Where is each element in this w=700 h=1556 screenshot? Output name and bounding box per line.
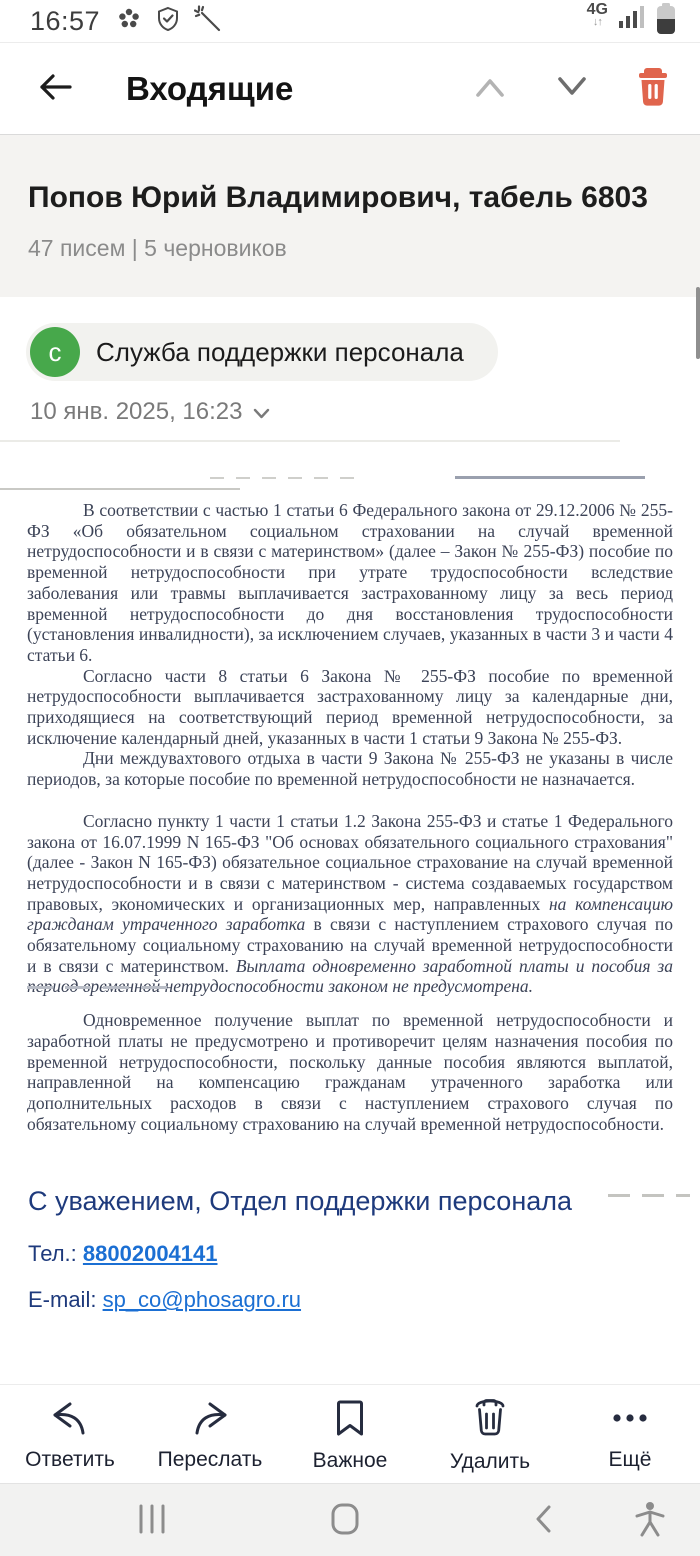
recents-button[interactable] — [130, 1498, 174, 1542]
message-date: 10 янв. 2025, 16:23 — [30, 398, 242, 426]
recents-icon — [135, 1502, 169, 1539]
trash-outline-icon — [470, 1397, 510, 1442]
forward-button[interactable]: Переслать — [140, 1385, 280, 1483]
previous-message-button[interactable] — [468, 73, 512, 104]
nav-back-icon — [531, 1501, 555, 1540]
notification-icons — [116, 5, 222, 38]
network-type-indicator: 4G ↓↑ — [587, 2, 608, 28]
sender-chip[interactable]: с Служба поддержки персонала — [26, 323, 498, 381]
email-signature: С уважением, Отдел поддержки персонала Т… — [28, 1186, 700, 1313]
back-button[interactable] — [34, 67, 76, 110]
next-message-button[interactable] — [550, 73, 594, 104]
trash-icon — [632, 64, 674, 113]
doc-paragraph-2: Согласно части 8 статьи 6 Закона № 255-Ф… — [27, 666, 673, 749]
signature-phone-row: Тел.: 88002004141 — [28, 1241, 700, 1267]
home-button[interactable] — [323, 1498, 367, 1542]
back-arrow-icon — [34, 67, 76, 110]
scan-artifact — [0, 440, 620, 442]
accessibility-person-icon — [632, 1500, 668, 1541]
sender-name: Служба поддержки персонала — [96, 337, 464, 368]
scan-artifact — [455, 476, 645, 479]
more-label: Ещё — [609, 1448, 652, 1472]
reply-label: Ответить — [25, 1448, 115, 1472]
avatar-letter: с — [49, 337, 62, 368]
phone-label: Тел.: — [28, 1241, 77, 1266]
flower-notification-icon — [116, 6, 142, 37]
reply-button[interactable]: Ответить — [0, 1385, 140, 1483]
email-link[interactable]: sp_co@phosagro.ru — [103, 1287, 301, 1312]
forward-label: Переслать — [158, 1448, 263, 1472]
signature-greeting: С уважением, Отдел поддержки персонала — [28, 1186, 700, 1217]
signal-strength-icon — [617, 2, 645, 37]
magic-wand-icon — [194, 5, 222, 38]
status-bar: 16:57 4G — [0, 0, 700, 43]
important-button[interactable]: Важное — [280, 1385, 420, 1483]
android-navigation-bar — [0, 1483, 700, 1556]
page-title: Входящие — [126, 70, 293, 108]
accessibility-button[interactable] — [628, 1498, 672, 1542]
more-dots-icon — [607, 1399, 653, 1440]
system-status-icons: 4G ↓↑ — [587, 2, 678, 41]
sender-avatar: с — [30, 327, 80, 377]
doc-paragraph-5: Одновременное получение выплат по времен… — [27, 1010, 673, 1134]
scan-artifact — [608, 1194, 690, 1197]
clock-time: 16:57 — [30, 6, 100, 37]
action-toolbar: Ответить Переслать Важное — [0, 1384, 700, 1483]
phone-link[interactable]: 88002004141 — [83, 1241, 218, 1266]
doc-paragraph-4: Согласно пункту 1 части 1 статьи 1.2 Зак… — [27, 811, 673, 997]
thread-meta-counts: 47 писем | 5 черновиков — [28, 235, 672, 262]
more-button[interactable]: Ещё — [560, 1385, 700, 1483]
important-label: Важное — [313, 1449, 388, 1473]
forward-icon — [188, 1399, 232, 1440]
reply-icon — [48, 1399, 92, 1440]
bookmark-icon — [333, 1398, 367, 1441]
doc-paragraph-1: В соответствии с частью 1 статьи 6 Федер… — [27, 500, 673, 666]
message-content-area: с Служба поддержки персонала 10 янв. 202… — [0, 297, 700, 1384]
nav-back-button[interactable] — [521, 1498, 565, 1542]
battery-icon — [654, 2, 678, 41]
home-icon — [329, 1501, 361, 1540]
data-arrows-icon: ↓↑ — [593, 17, 602, 28]
delete-button[interactable]: Удалить — [420, 1385, 560, 1483]
email-label: E-mail: — [28, 1287, 96, 1312]
message-date-row[interactable]: 10 янв. 2025, 16:23 — [30, 398, 700, 426]
delete-message-button[interactable] — [632, 64, 674, 113]
scan-artifact — [0, 488, 240, 490]
thread-subject: Попов Юрий Владимирович, табель 6803 — [28, 181, 672, 216]
chevron-down-icon — [550, 73, 594, 104]
date-chevron-down-icon — [253, 398, 270, 426]
thread-subject-block: Попов Юрий Владимирович, табель 6803 47 … — [0, 135, 700, 297]
scanned-document: В соответствии с частью 1 статьи 6 Федер… — [0, 472, 700, 1134]
chevron-up-icon — [468, 73, 512, 104]
app-header: Входящие — [0, 43, 700, 135]
doc-paragraph-3: Дни междувахтового отдыха в части 9 Зако… — [27, 748, 673, 789]
scan-artifact — [27, 986, 177, 989]
scan-artifact — [210, 477, 360, 479]
signature-email-row: E-mail: sp_co@phosagro.ru — [28, 1287, 700, 1313]
scrollbar-thumb[interactable] — [696, 287, 700, 359]
delete-label: Удалить — [450, 1450, 530, 1474]
shield-check-icon — [155, 6, 181, 37]
